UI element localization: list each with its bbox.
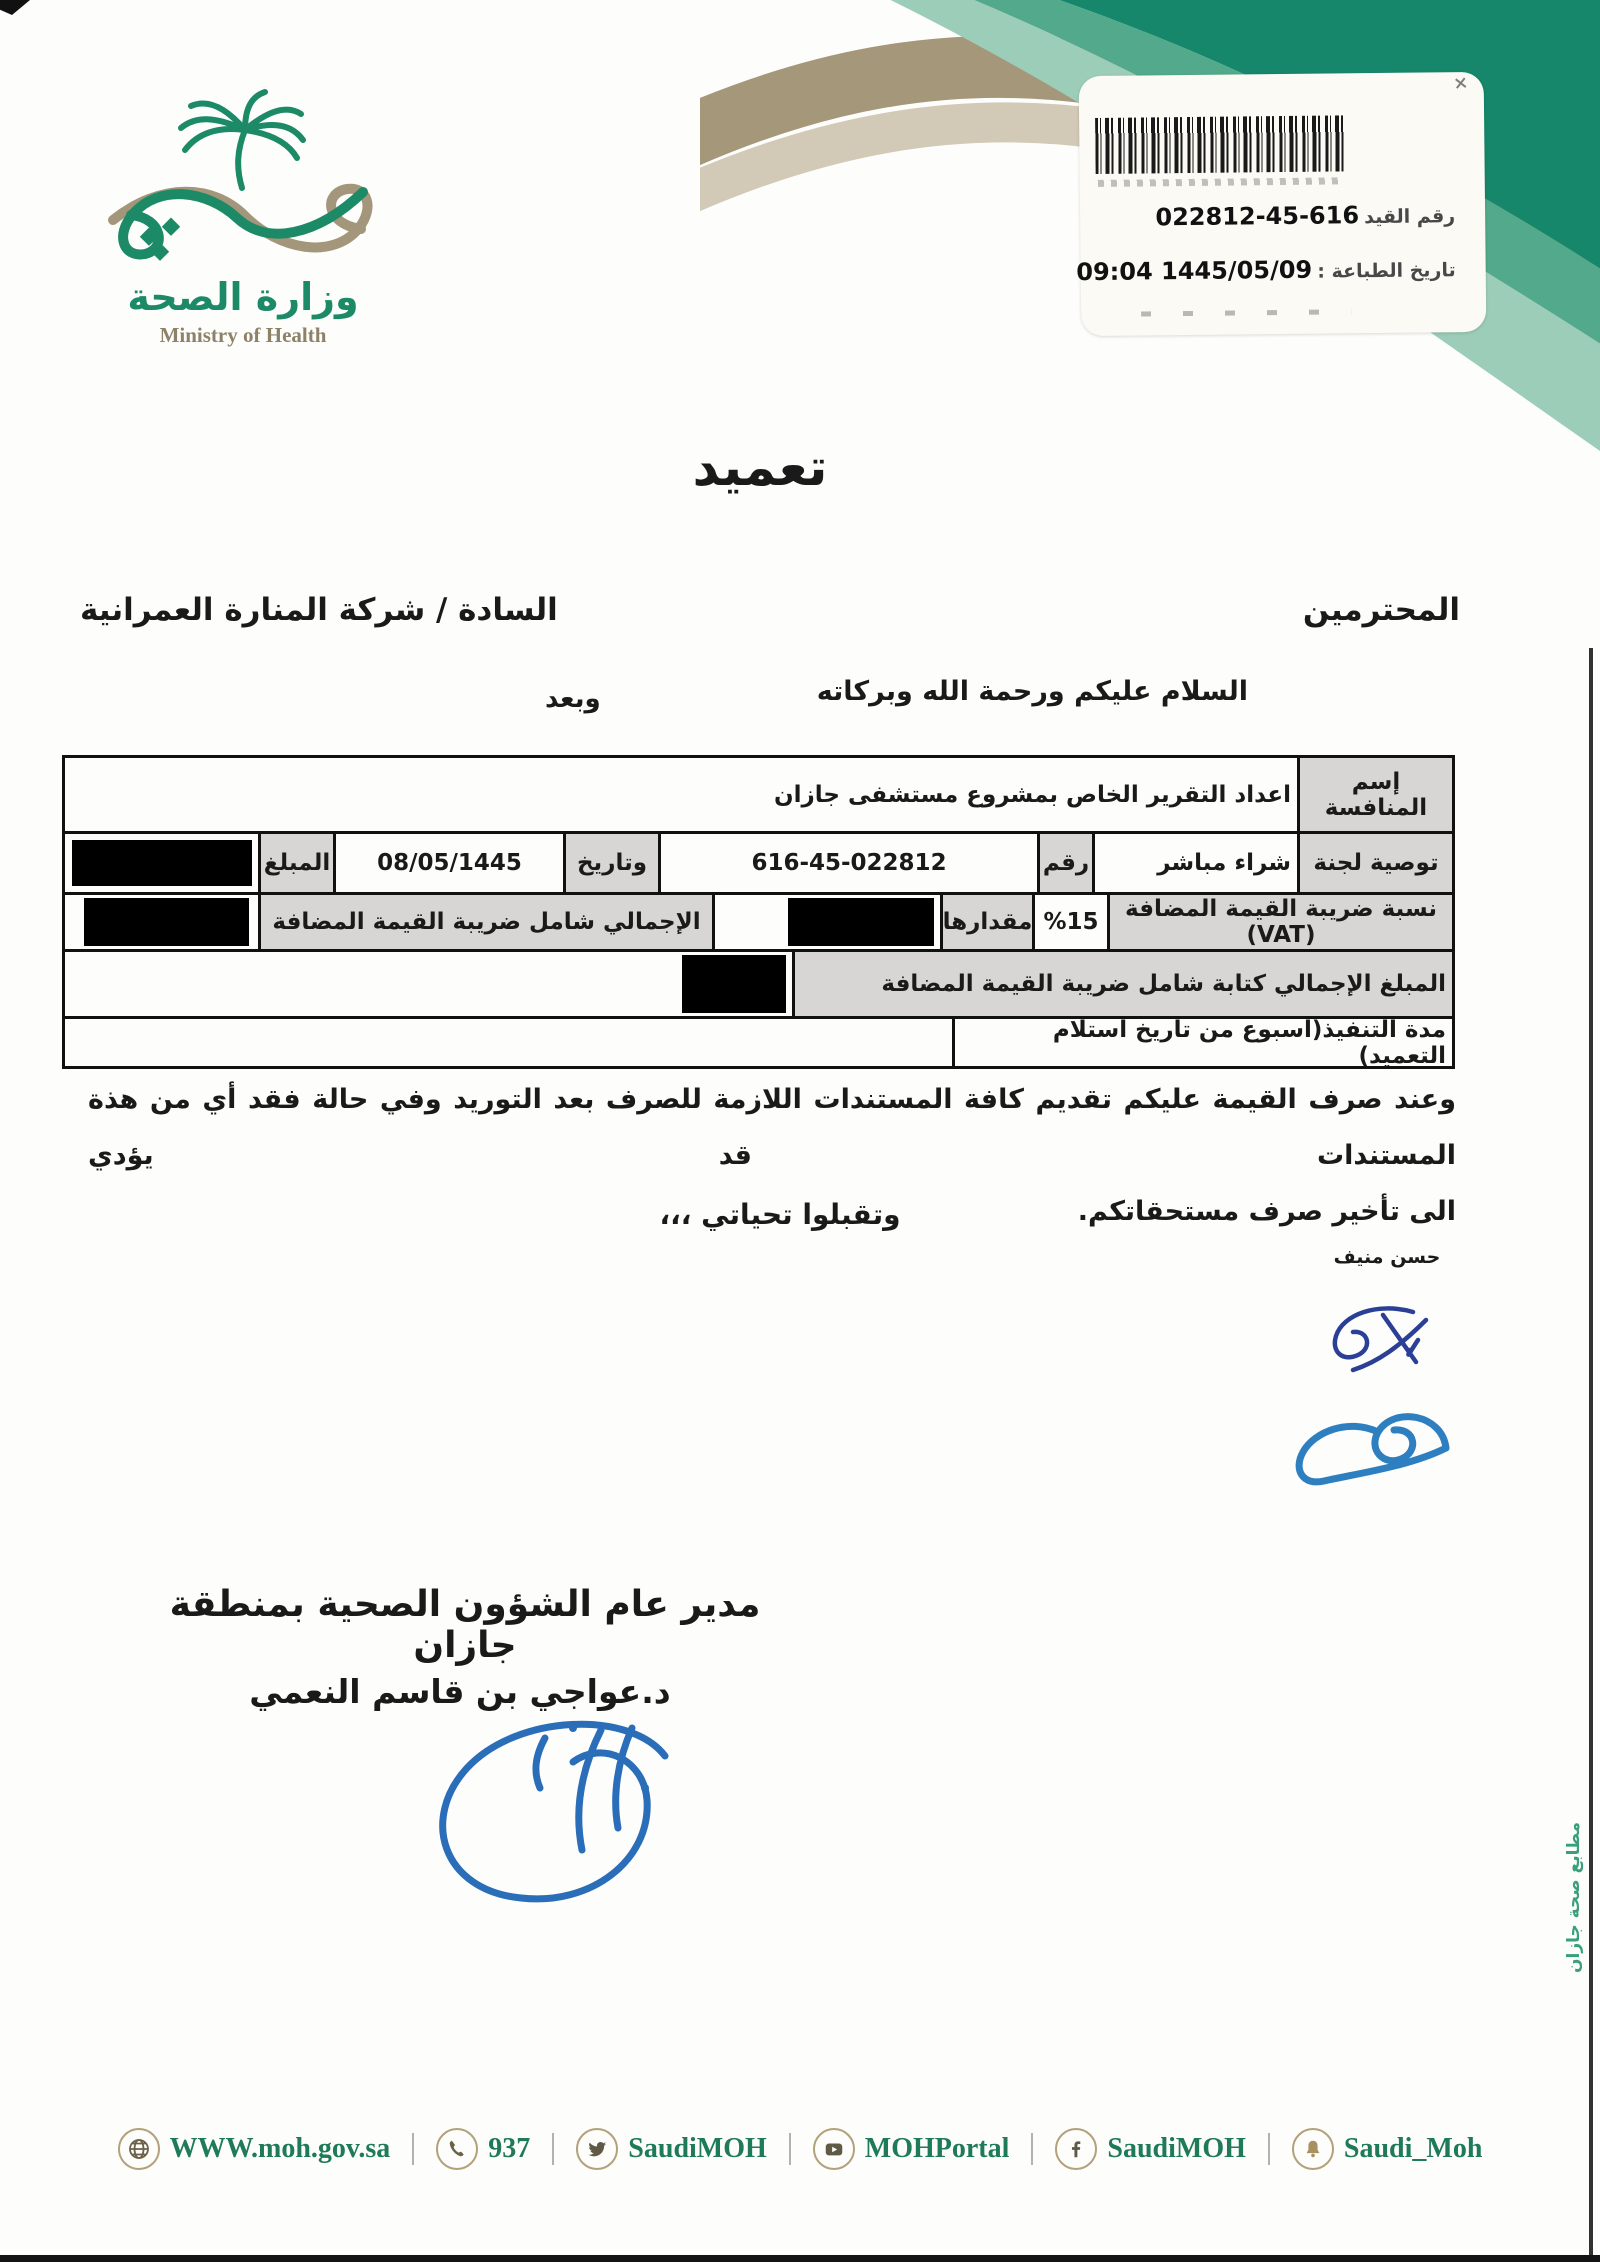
total-written-label-cell: المبلغ الإجمالي كتابة شامل ضريبة القيمة … — [792, 952, 1452, 1016]
officer-signature-flourish — [1288, 1396, 1456, 1504]
director-signature — [385, 1698, 715, 1933]
officer-signature-initials — [1298, 1300, 1443, 1396]
document-title: تعميد — [0, 438, 1520, 498]
footer-divider — [552, 2133, 554, 2165]
date-value-cell: 08/05/1445 — [333, 834, 563, 892]
redacted-vat-amount — [788, 898, 934, 946]
addressee-row: السادة / شركة المنارة العمرانية المحترمي… — [80, 592, 1460, 628]
after-greeting: وبعد — [545, 684, 601, 714]
amount-label-cell: المبلغ — [258, 834, 333, 892]
print-date-value: 1445/05/09 09:04 — [1076, 256, 1312, 286]
competition-value-cell: اعداد التقرير الخاص بمشروع مستشفى جازان — [65, 758, 1297, 831]
footer-youtube-label: MOHPortal — [865, 2133, 1010, 2165]
twitter-icon — [576, 2128, 618, 2170]
redacted-total-written — [682, 955, 786, 1013]
duration-label-cell: مدة التنفيذ(اسبوع من تاريخ استلام التعمي… — [952, 1019, 1452, 1066]
footer-item-website: WWW.moh.gov.sa — [118, 2128, 391, 2170]
print-date-label: تاريخ الطباعة : — [1317, 259, 1456, 282]
scan-corner-artifact — [0, 0, 30, 15]
addressee: السادة / شركة المنارة العمرانية — [80, 592, 558, 628]
footer-phone-label: 937 — [488, 2133, 530, 2165]
tender-details-table: إسم المنافسة اعداد التقرير الخاص بمشروع … — [62, 755, 1455, 1069]
logo-crossed-ribbons — [113, 189, 368, 261]
amount-value-cell — [65, 834, 258, 892]
logo-english-name: Ministry of Health — [160, 323, 327, 347]
palm-tree-icon — [181, 92, 303, 188]
ministry-of-health-logo: وزارة الصحة Ministry of Health — [95, 88, 385, 358]
print-date-line: تاريخ الطباعة : 1445/05/09 09:04 — [1076, 254, 1456, 286]
officer-name: حسن منيف — [1322, 1246, 1452, 1268]
footer-item-snapchat: Saudi_Moh — [1292, 2128, 1483, 2170]
phone-icon — [436, 2128, 478, 2170]
greeting: السلام عليكم ورحمة الله وبركاته — [817, 676, 1248, 707]
clause-line-1: وعند صرف القيمة عليكم تقديم كافة المستند… — [88, 1072, 1456, 1184]
signatory-position: مدير عام الشؤون الصحية بمنطقة جازان — [112, 1584, 818, 1666]
scan-edge-line-bottom — [0, 2255, 1600, 2262]
print-house-margin-note: مطابع صحة جازان — [1564, 1822, 1584, 2022]
table-row-recommendation: توصية لجنة شراء مباشر رقم 616-45-022812 … — [65, 831, 1452, 892]
footer-twitter-label: SaudiMOH — [628, 2133, 766, 2165]
footer-website-label: WWW.moh.gov.sa — [170, 2133, 391, 2165]
sticker-corner-mark — [1454, 76, 1468, 90]
table-row-vat: نسبة ضريبة القيمة المضافة (VAT) %15 مقدا… — [65, 892, 1452, 949]
footer-facebook-label: SaudiMOH — [1107, 2133, 1245, 2165]
footer-snapchat-label: Saudi_Moh — [1344, 2133, 1483, 2165]
footer-divider — [1031, 2133, 1033, 2165]
competition-label-cell: إسم المنافسة — [1297, 758, 1452, 831]
barcode — [1095, 115, 1348, 174]
duration-value-cell — [65, 1019, 952, 1066]
sticker-dots-artifact — [1141, 309, 1351, 316]
footer-divider — [789, 2133, 791, 2165]
total-label-cell: الإجمالي شامل ضريبة القيمة المضافة — [258, 895, 712, 949]
vat-rate-label-cell: نسبة ضريبة القيمة المضافة (VAT) — [1107, 895, 1452, 949]
total-written-value-cell — [65, 952, 792, 1016]
scanned-letter-page: رقم القيد 616-45-022812 تاريخ الطباعة : … — [0, 0, 1600, 2262]
vat-amount-label-cell: مقدارها — [940, 895, 1032, 949]
number-value-cell: 616-45-022812 — [658, 834, 1037, 892]
barcode-microtext — [1098, 177, 1340, 187]
record-number-label: رقم القيد — [1364, 205, 1455, 228]
number-label-cell: رقم — [1037, 834, 1092, 892]
record-number-line: رقم القيد 616-45-022812 — [1155, 200, 1455, 231]
footer-item-twitter: SaudiMOH — [576, 2128, 766, 2170]
redacted-total — [84, 898, 249, 946]
bell-icon — [1292, 2128, 1334, 2170]
youtube-icon — [813, 2128, 855, 2170]
vat-amount-value-cell — [712, 895, 940, 949]
footer-divider — [412, 2133, 414, 2165]
date-label-cell: وتاريخ — [563, 834, 658, 892]
table-row-duration: مدة التنفيذ(اسبوع من تاريخ استلام التعمي… — [65, 1016, 1452, 1066]
facebook-icon — [1055, 2128, 1097, 2170]
footer-divider — [1268, 2133, 1270, 2165]
scan-edge-line-right — [1589, 648, 1593, 2262]
table-row-total-written: المبلغ الإجمالي كتابة شامل ضريبة القيمة … — [65, 949, 1452, 1016]
honorific: المحترمين — [1303, 592, 1460, 628]
footer-item-phone: 937 — [436, 2128, 530, 2170]
recommendation-label-cell: توصية لجنة — [1297, 834, 1452, 892]
closing-salutation: وتقبلوا تحياتي ،،، — [600, 1198, 960, 1231]
recommendation-value-cell: شراء مباشر — [1092, 834, 1297, 892]
table-row-competition: إسم المنافسة اعداد التقرير الخاص بمشروع … — [65, 758, 1452, 831]
barcode-sticker: رقم القيد 616-45-022812 تاريخ الطباعة : … — [1079, 72, 1487, 336]
footer-item-youtube: MOHPortal — [813, 2128, 1010, 2170]
globe-icon — [118, 2128, 160, 2170]
footer-contact-strip: WWW.moh.gov.sa 937 SaudiMOH — [0, 2128, 1600, 2170]
redacted-amount — [72, 840, 252, 886]
record-number-value: 616-45-022812 — [1155, 201, 1359, 231]
logo-arabic-name: وزارة الصحة — [127, 275, 358, 320]
vat-rate-value-cell: %15 — [1032, 895, 1107, 949]
footer-item-facebook: SaudiMOH — [1055, 2128, 1245, 2170]
total-value-cell — [65, 895, 258, 949]
